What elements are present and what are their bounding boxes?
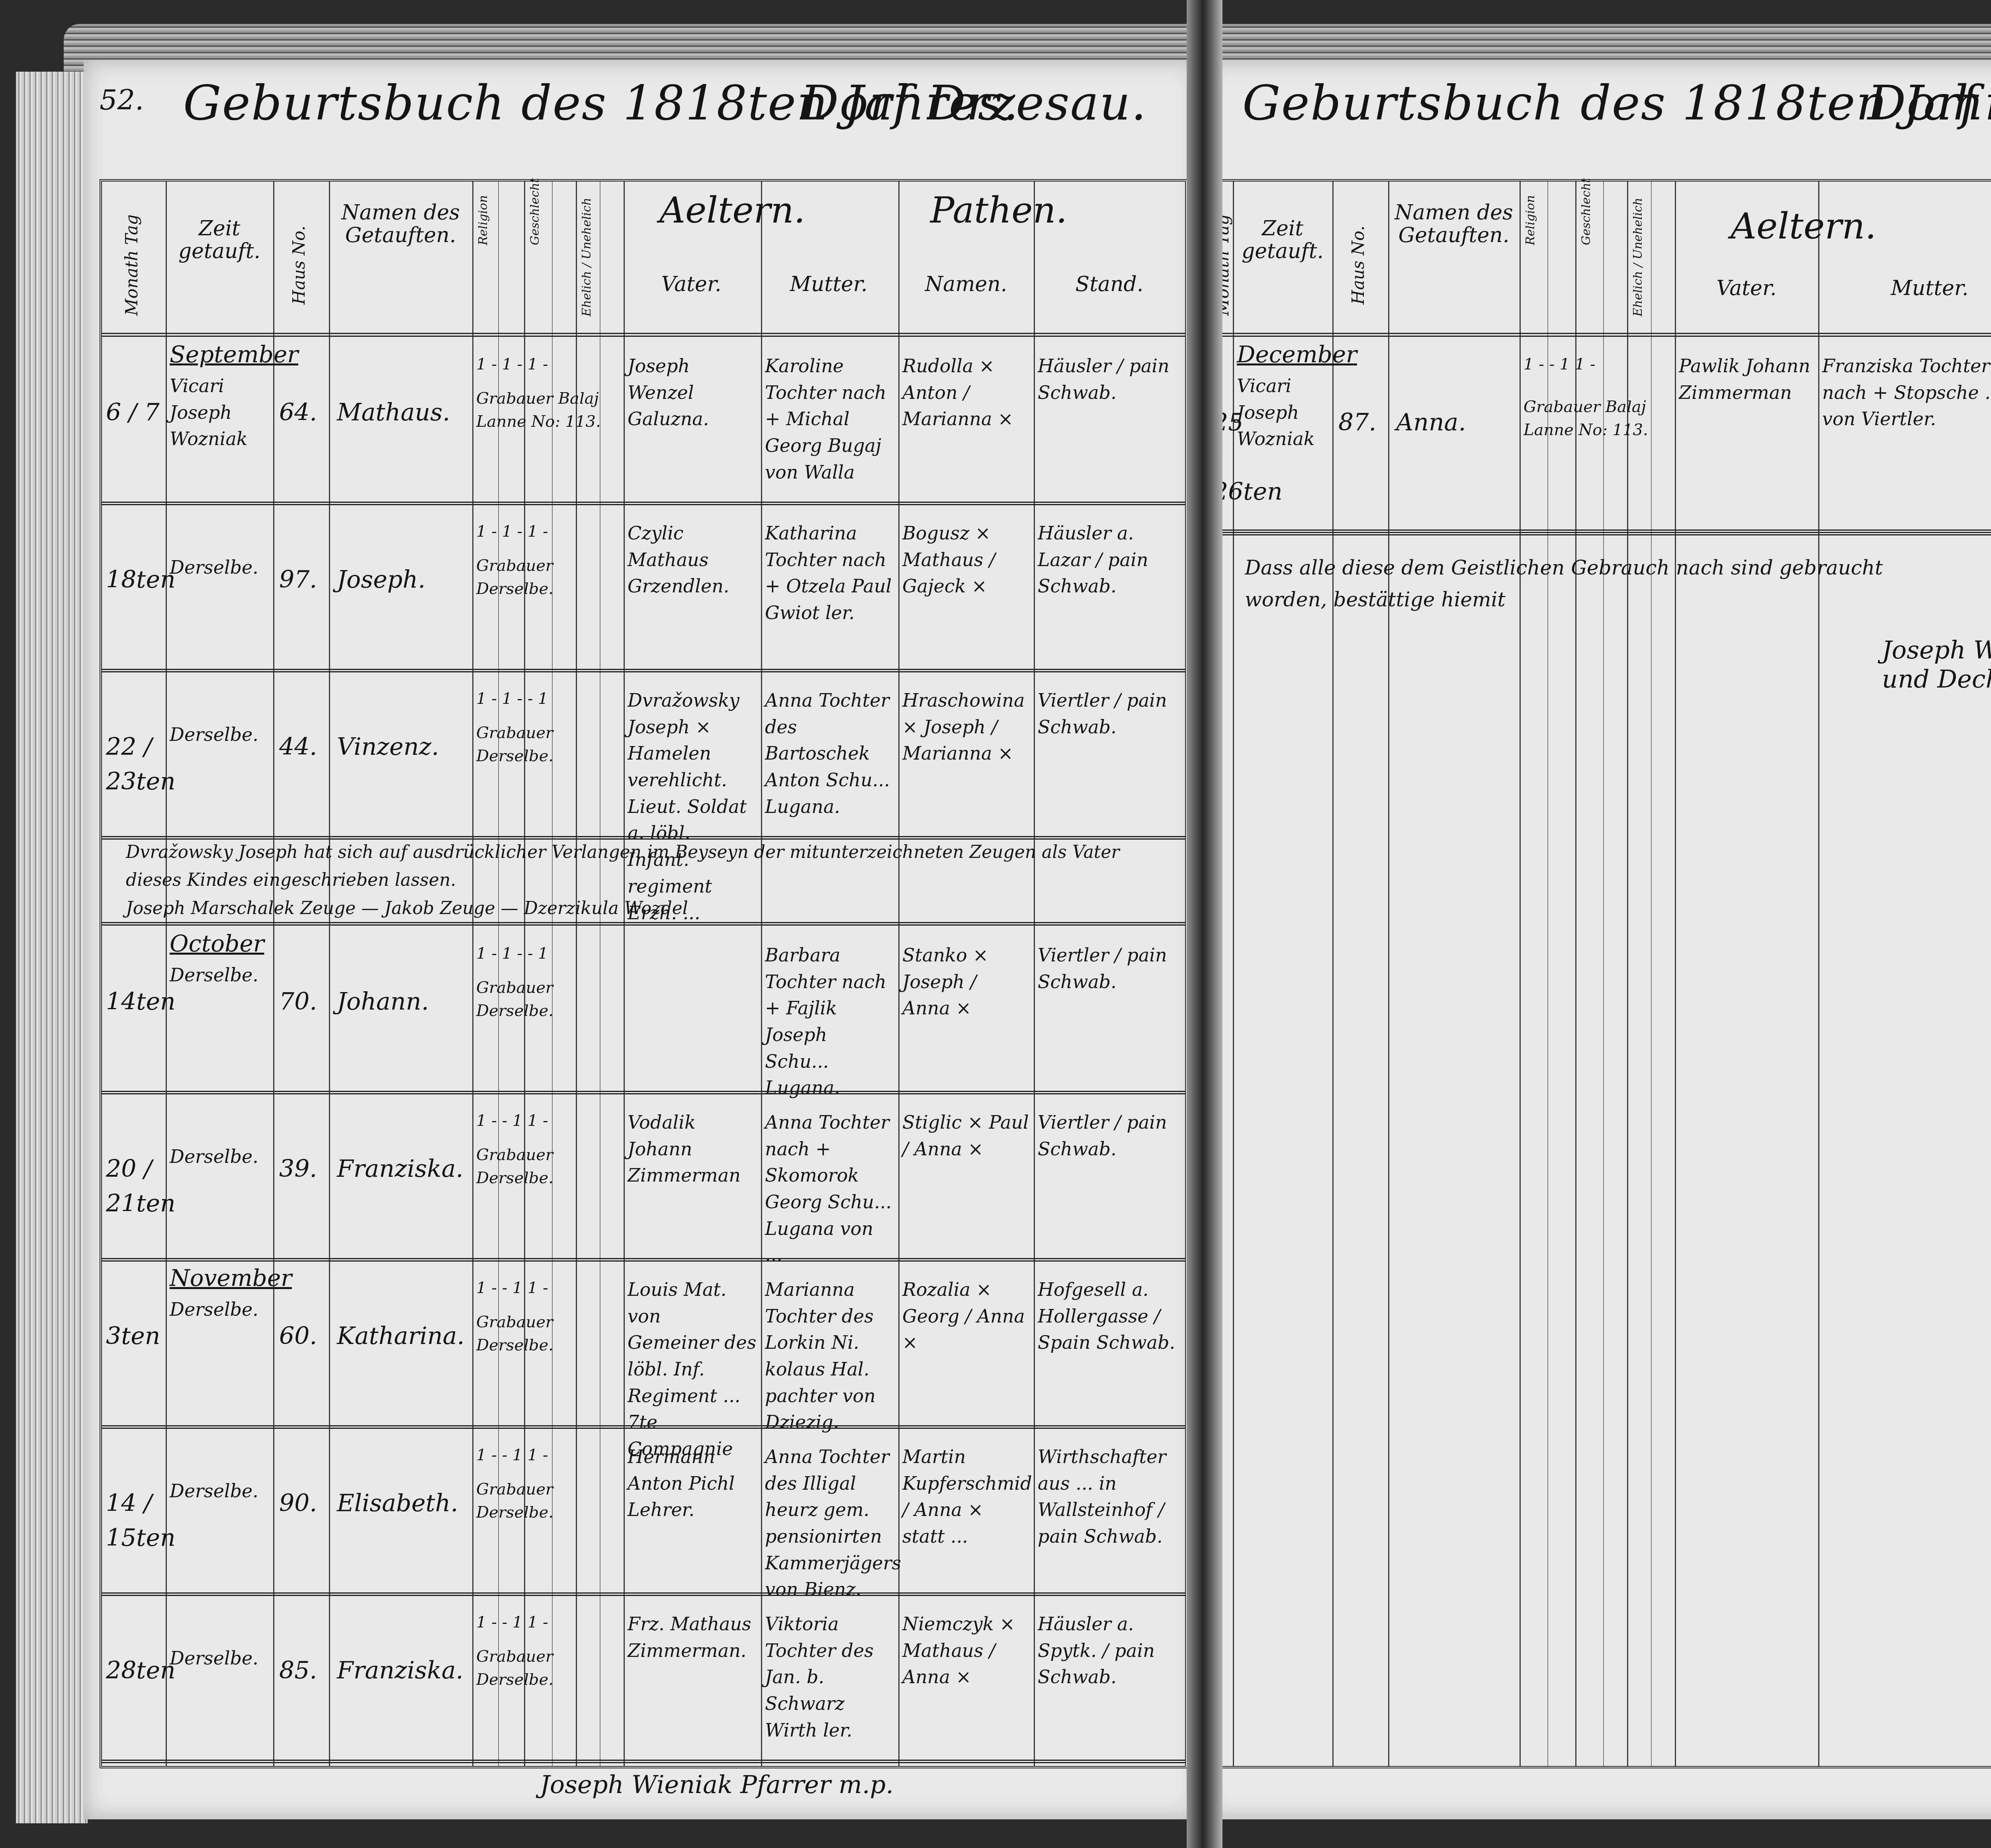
book-scan: 52. Geburtsbuch des 1818ten Jahres. Dorf… [0, 0, 1991, 1848]
residence-cell: Grabauer Derselbe. [476, 554, 620, 600]
month-header: December [1237, 341, 1357, 368]
godparents-cell: Martin Kupferschmid / Anna × statt ... [902, 1444, 1030, 1550]
father-cell: Frz. Mathaus Zimmerman. [628, 1611, 757, 1664]
row-divider [102, 1760, 1185, 1763]
religion-sex-legitimacy-marks: 1 - - 1 1 - [476, 1444, 620, 1467]
mother-cell: Franziska Tochter nach + Stopsche ... vo… [1822, 353, 1991, 432]
mother-cell: Viktoria Tochter des Jan. b. Schwarz Wir… [765, 1611, 894, 1743]
day-cell: 28ten [106, 1653, 162, 1688]
col-header-gp-status: Stand. [1038, 273, 1181, 296]
col-header-mother: Mutter. [765, 273, 892, 296]
table-row: November3tenDerselbe.60.Katharina.1 - - … [102, 1260, 1185, 1428]
child-name-cell: Elisabeth. [337, 1486, 468, 1521]
child-name-cell: Joseph. [337, 563, 468, 597]
day-cell: 3ten [106, 1319, 162, 1354]
table-row: 28tenDerselbe.85.Franziska.1 - - 1 1 -Gr… [102, 1595, 1185, 1762]
religion-sex-legitimacy-marks: 1 - 1 - 1 - [476, 353, 620, 376]
godparents-status-cell: Häusler / pain Schwab. [1038, 353, 1181, 406]
baptized-by-cell: Derselbe. [170, 1296, 269, 1323]
page-block-left-edge [16, 72, 88, 1823]
mother-cell: Marianna Tochter des Lorkin Ni. kolaus H… [765, 1276, 894, 1436]
month-header: October [170, 930, 264, 957]
day-cell: 20 / 21ten [106, 1152, 162, 1221]
residence-cell: Grabauer Derselbe. [476, 976, 620, 1022]
col-header-mother: Mutter. [1822, 277, 1991, 300]
mother-cell: Anna Tochter nach + Skomorok Georg Schu.… [765, 1109, 894, 1268]
table-row: 18tenDerselbe.97.Joseph.1 - 1 - 1 -Graba… [102, 504, 1185, 671]
father-cell: Vodalik Johann Zimmerman [628, 1109, 757, 1189]
col-header-sex: Geschlecht [528, 197, 542, 245]
baptized-by-cell: Derselbe. [170, 554, 269, 581]
col-header-religion: Religion [1524, 197, 1537, 245]
month-header: September [170, 341, 298, 368]
table-row: October14tenDerselbe.70.Johann.1 - 1 - -… [102, 926, 1185, 1093]
godparents-cell: Stiglic × Paul / Anna × [902, 1109, 1030, 1162]
day-cell: 22 / 23ten [106, 730, 162, 799]
religion-sex-legitimacy-marks: 1 - 1 - 1 - [476, 520, 620, 543]
col-group-parents: Aeltern. [1731, 205, 1876, 247]
col-header-time-baptized: Zeit getauft. [172, 217, 267, 263]
priest-signature: Joseph Wieniak Pfarrer m.p. [540, 1770, 894, 1799]
baptized-by-cell: Vicari Joseph Wozniak [170, 373, 269, 452]
godparents-status-cell: Hofgesell a. Hollergasse / Spain Schwab. [1038, 1276, 1181, 1356]
col-header-month-day: Monath Tag [122, 205, 141, 325]
child-name-cell: Franziska. [337, 1653, 468, 1688]
religion-sex-legitimacy-marks: 1 - - 1 1 - [1524, 353, 1671, 376]
month-header: November [170, 1264, 292, 1291]
godparents-cell: Hraschowina × Joseph / Marianna × [902, 687, 1030, 767]
house-number-cell: 64. [279, 395, 317, 430]
right-page: Geburtsbuch des 1818ten Jahres. Dorf Drz… [1203, 60, 1991, 1819]
col-group-godparents: Pathen. [930, 189, 1067, 231]
house-number-cell: 85. [279, 1653, 317, 1688]
house-number-cell: 87. [1338, 405, 1376, 440]
godparents-status-cell: Viertler / pain Schwab. [1038, 1109, 1181, 1162]
child-name-cell: Vinzenz. [337, 730, 468, 764]
marginal-note: Dvražowsky Joseph hat sich auf ausdrückl… [126, 838, 1161, 922]
table-row: September6 / 7Vicari Joseph Wozniak64.Ma… [102, 337, 1185, 504]
father-cell: Hermann Anton Pichl Lehrer. [628, 1444, 757, 1523]
col-header-child-name: Namen des Getauften. [1392, 201, 1516, 247]
godparents-cell: Rudolla × Anton / Marianna × [902, 353, 1030, 432]
table-header [1213, 182, 1991, 337]
house-number-cell: 39. [279, 1152, 317, 1186]
book-gutter [1187, 0, 1222, 1848]
col-header-house-no: Haus No. [1348, 205, 1368, 325]
godparents-status-cell: Häusler a. Spytk. / pain Schwab. [1038, 1611, 1181, 1690]
religion-sex-legitimacy-marks: 1 - - 1 1 - [476, 1109, 620, 1132]
col-header-legitimacy: Ehelich / Unehelich [1631, 197, 1645, 317]
table-row: 22 / 23tenDerselbe.44.Vinzenz.1 - 1 - - … [102, 671, 1185, 838]
house-number-cell: 70. [279, 985, 317, 1019]
godparents-cell: Niemczyk × Mathaus / Anna × [902, 1611, 1030, 1690]
godparents-status-cell: Häusler a. Lazar / pain Schwab. [1038, 520, 1181, 600]
village-title: Dorf Drzesau. [800, 76, 1147, 131]
godparents-status-cell: Viertler / pain Schwab. [1038, 942, 1181, 995]
child-name-cell: Mathaus. [337, 395, 468, 430]
col-header-legitimacy: Ehelich / Unehelich [580, 197, 594, 317]
house-number-cell: 90. [279, 1486, 317, 1521]
residence-cell: Grabauer Derselbe. [476, 1645, 620, 1691]
residence-cell: Grabauer Balaj Lanne No: 113. [476, 387, 620, 433]
religion-sex-legitimacy-marks: 1 - - 1 1 - [476, 1276, 620, 1299]
baptized-by-cell: Derselbe. [170, 721, 269, 748]
col-header-gp-name: Namen. [902, 273, 1030, 296]
priest-signature: Joseph Wieniak Pfarrer und Dechant m.p. [1882, 635, 1991, 693]
col-header-religion: Religion [476, 197, 490, 245]
child-name-cell: Anna. [1396, 405, 1516, 440]
row-divider [102, 922, 1185, 926]
col-header-house-no: Haus No. [289, 205, 309, 325]
godparents-cell: Rozalia × Georg / Anna × [902, 1276, 1030, 1356]
mother-cell: Anna Tochter des Illigal heurz gem. pens… [765, 1444, 894, 1603]
day-cell: 14ten [106, 985, 162, 1019]
col-header-time-baptized: Zeit getauft. [1237, 217, 1328, 263]
table-row: December25 / 26tenVicari Joseph Wozniak8… [1213, 337, 1991, 532]
religion-sex-legitimacy-marks: 1 - - 1 1 - [476, 1611, 620, 1634]
col-header-sex: Geschlecht [1579, 197, 1593, 245]
father-cell: Pawlik Johann Zimmerman [1679, 353, 1814, 406]
residence-cell: Grabauer Derselbe. [476, 721, 620, 768]
col-group-parents: Aeltern. [659, 189, 805, 231]
residence-cell: Grabauer Derselbe. [476, 1311, 620, 1357]
table-row: 20 / 21tenDerselbe.39.Franziska.1 - - 1 … [102, 1093, 1185, 1260]
mother-cell: Barbara Tochter nach + Fajlik Joseph Sch… [765, 942, 894, 1101]
register-table: Monath Tag Zeit getauft. Haus No. Namen … [1211, 179, 1991, 1768]
residence-cell: Grabauer Derselbe. [476, 1478, 620, 1524]
godparents-cell: Bogusz × Mathaus / Gajeck × [902, 520, 1030, 600]
mother-cell: Katharina Tochter nach + Otzela Paul Gwi… [765, 520, 894, 626]
child-name-cell: Katharina. [337, 1319, 468, 1354]
page-number: 52. [100, 84, 144, 116]
child-name-cell: Johann. [337, 985, 468, 1019]
baptized-by-cell: Derselbe. [170, 1143, 269, 1170]
left-page: 52. Geburtsbuch des 1818ten Jahres. Dorf… [84, 60, 1199, 1819]
baptized-by-cell: Derselbe. [170, 962, 269, 988]
father-cell: Czylic Mathaus Grzendlen. [628, 520, 757, 600]
residence-cell: Grabauer Derselbe. [476, 1143, 620, 1190]
col-header-father: Vater. [628, 273, 755, 296]
closing-note: Dass alle diese dem Geistlichen Gebrauch… [1245, 552, 1991, 615]
baptized-by-cell: Derselbe. [170, 1645, 269, 1672]
father-cell: Joseph Wenzel Galuzna. [628, 353, 757, 432]
col-header-father: Vater. [1679, 277, 1814, 300]
godparents-status-cell: Wirthschafter aus ... in Wallsteinhof / … [1038, 1444, 1181, 1550]
religion-sex-legitimacy-marks: 1 - 1 - - 1 [476, 687, 620, 710]
baptized-by-cell: Vicari Joseph Wozniak [1237, 373, 1328, 452]
day-cell: 18ten [106, 563, 162, 597]
godparents-status-cell: Viertler / pain Schwab. [1038, 687, 1181, 740]
godparents-cell: Stanko × Joseph / Anna × [902, 942, 1030, 1022]
child-name-cell: Franziska. [337, 1152, 468, 1186]
register-table: Monath Tag Zeit getauft. Haus No. Namen … [100, 179, 1187, 1768]
baptized-by-cell: Derselbe. [170, 1478, 269, 1504]
religion-sex-legitimacy-marks: 1 - 1 - - 1 [476, 942, 620, 965]
day-cell: 6 / 7 [106, 395, 162, 430]
residence-cell: Grabauer Balaj Lanne No: 113. [1524, 395, 1671, 441]
house-number-cell: 97. [279, 563, 317, 597]
mother-cell: Anna Tochter des Bartoschek Anton Schu..… [765, 687, 894, 820]
col-header-child-name: Namen des Getauften. [337, 201, 464, 247]
village-title: Dorf Drzesau. [1868, 76, 1991, 131]
day-cell: 14 / 15ten [106, 1486, 162, 1555]
house-number-cell: 44. [279, 730, 317, 764]
house-number-cell: 60. [279, 1319, 317, 1354]
table-row: 14 / 15tenDerselbe.90.Elisabeth.1 - - 1 … [102, 1428, 1185, 1595]
mother-cell: Karoline Tochter nach + Michal Georg Bug… [765, 353, 894, 485]
